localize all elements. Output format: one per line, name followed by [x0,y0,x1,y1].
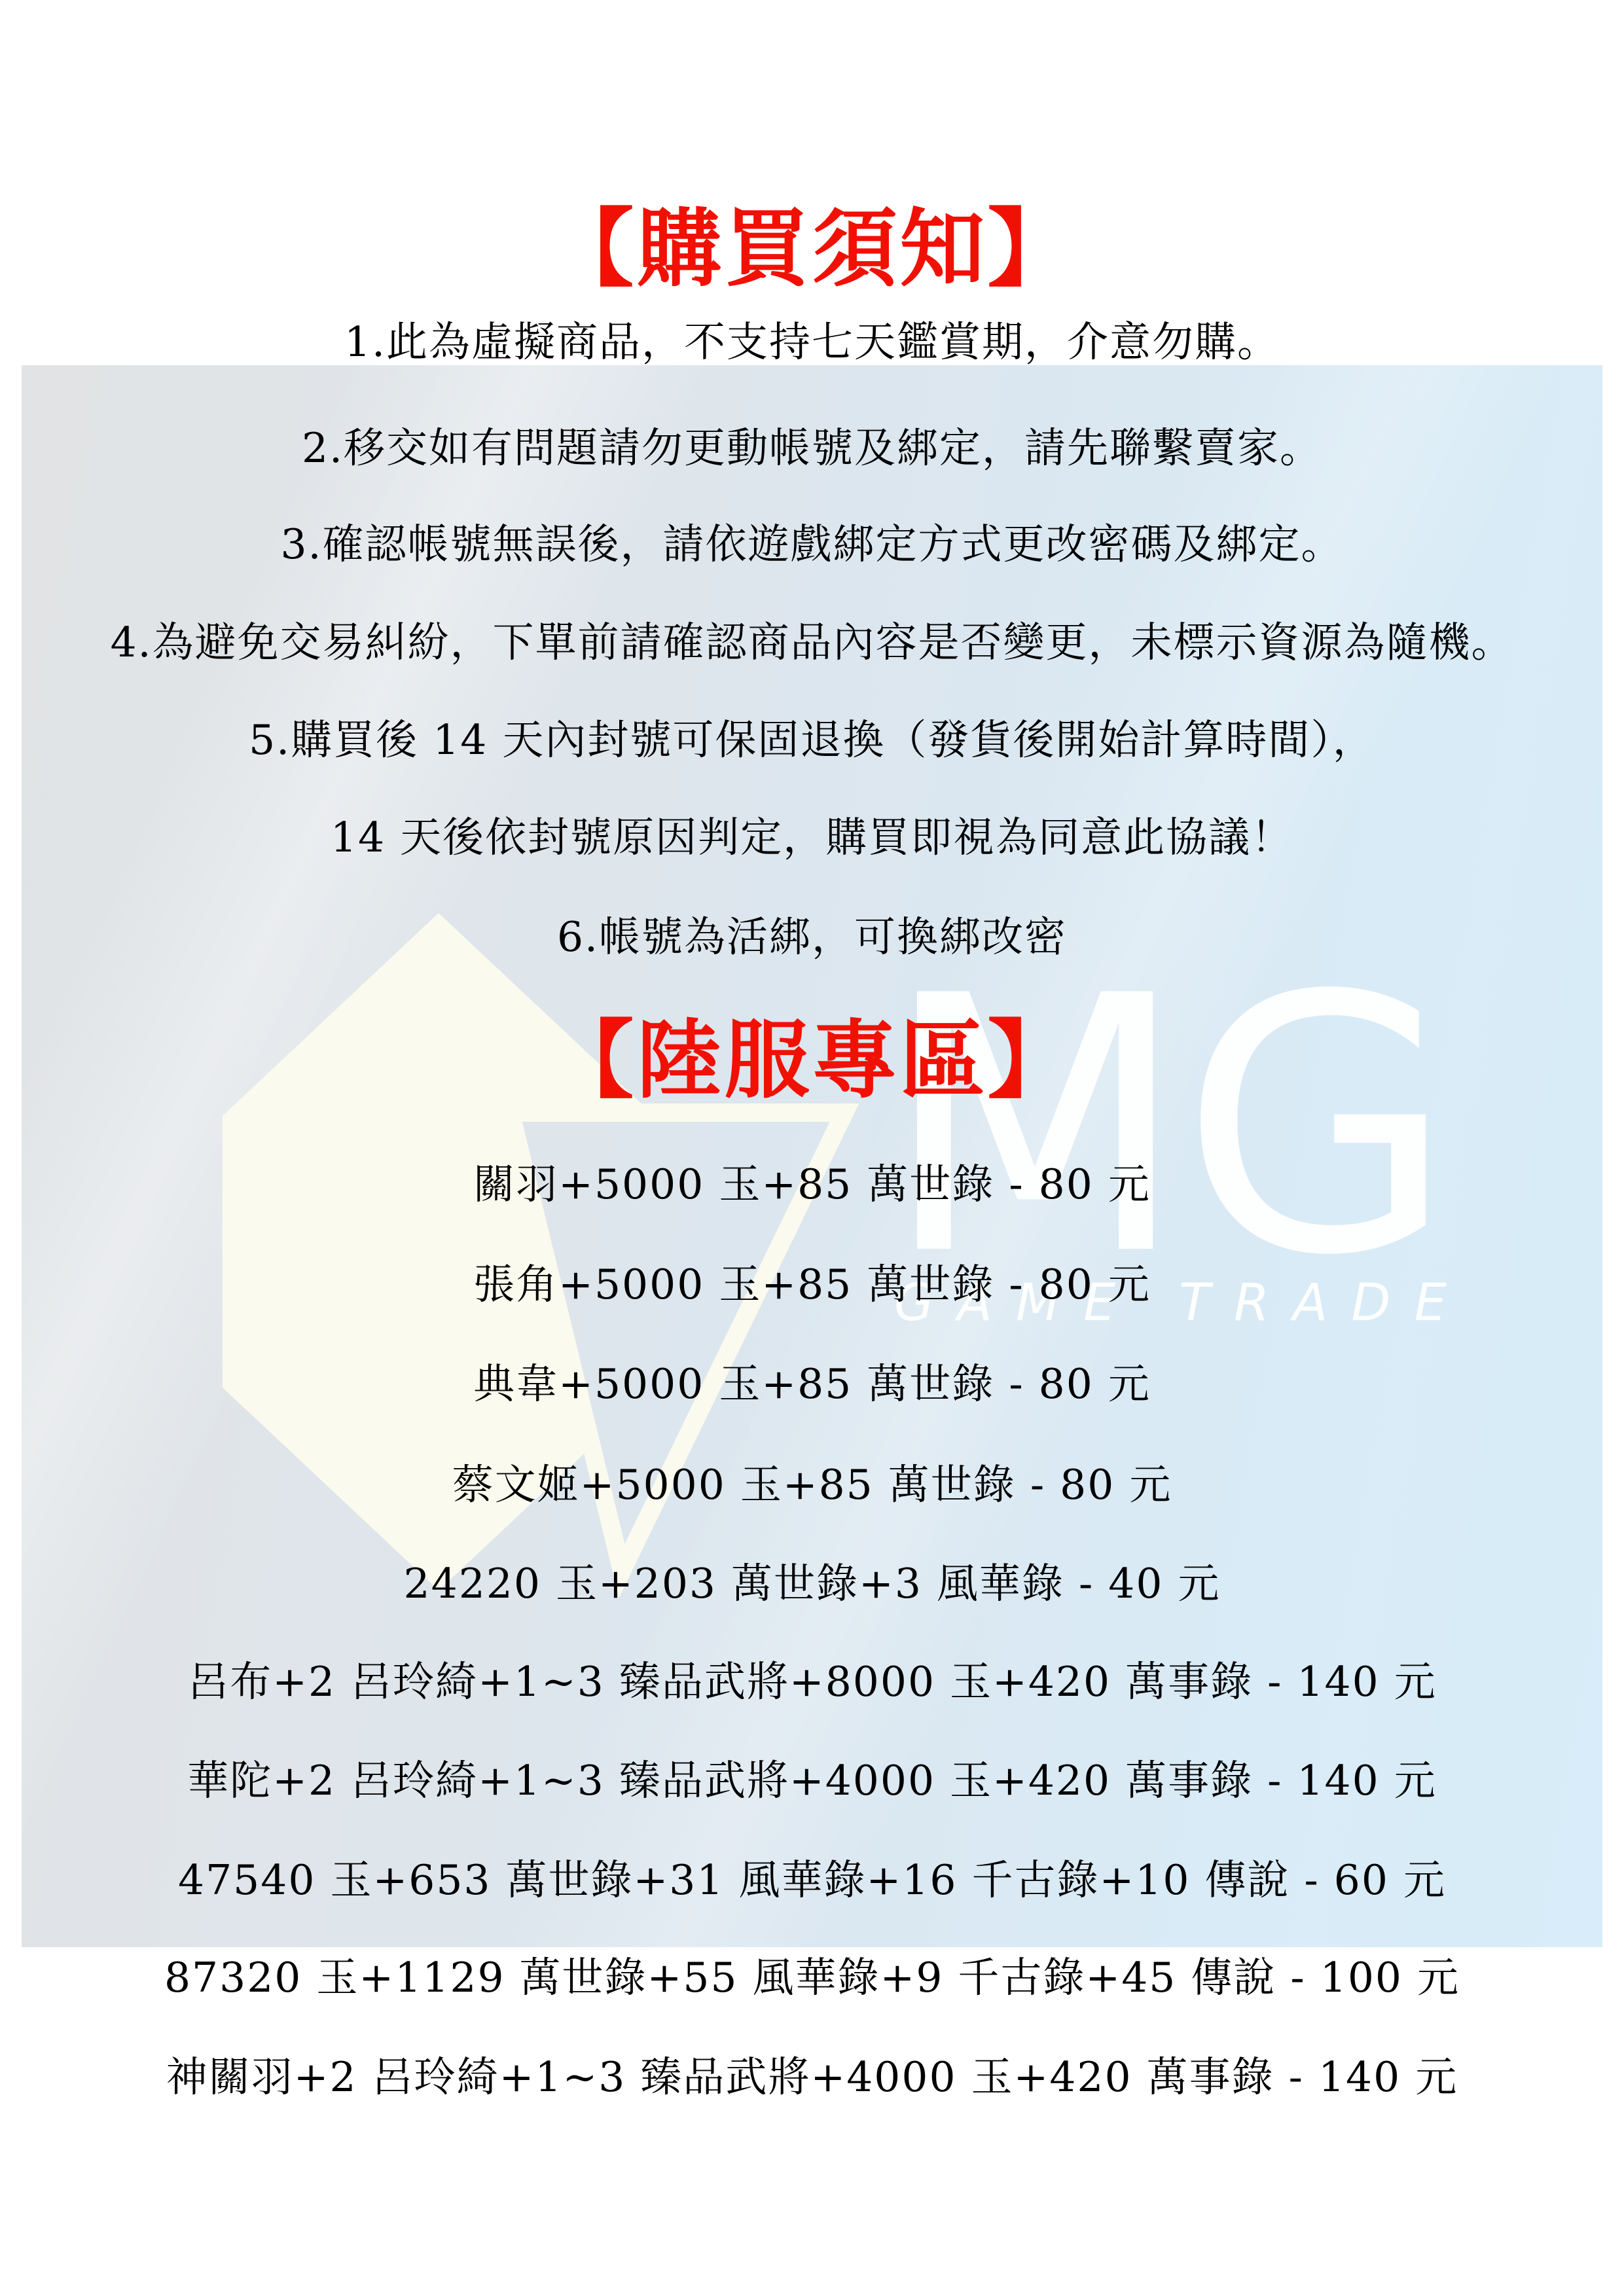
section-title: 【陸服專區】 [0,1005,1624,1116]
notice-line-2: 2.移交如有問題請勿更動帳號及綁定，請先聯繫賣家。 [0,418,1624,478]
product-item-3: 典韋+5000 玉+85 萬世錄 - 80 元 [0,1354,1624,1414]
product-item-5: 24220 玉+203 萬世錄+3 風華錄 - 40 元 [0,1554,1624,1614]
product-item-2: 張角+5000 玉+85 萬世錄 - 80 元 [0,1255,1624,1315]
notice-line-4: 4.為避免交易糾紛，下單前請確認商品內容是否變更，未標示資源為隨機。 [0,613,1624,673]
document-page: MG GAME TRADE 【購買須知】 1.此為虛擬商品，不支持七天鑑賞期，介… [0,0,1624,2296]
notice-line-5-continued: 14 天後依封號原因判定，購買即視為同意此協議！ [0,808,1624,868]
product-item-7: 華陀+2 呂玲綺+1~3 臻品武將+4000 玉+420 萬事錄 - 140 元 [0,1751,1624,1811]
product-item-6: 呂布+2 呂玲綺+1~3 臻品武將+8000 玉+420 萬事錄 - 140 元 [0,1652,1624,1712]
product-item-10: 神關羽+2 呂玲綺+1~3 臻品武將+4000 玉+420 萬事錄 - 140 … [0,2047,1624,2108]
product-item-4: 蔡文姬+5000 玉+85 萬世錄 - 80 元 [0,1455,1624,1515]
product-item-9: 87320 玉+1129 萬世錄+55 風華錄+9 千古錄+45 傳說 - 10… [0,1948,1624,2008]
mg-logo-text: MG [882,950,1419,1304]
product-item-1: 關羽+5000 玉+85 萬世錄 - 80 元 [0,1155,1624,1215]
notice-line-5: 5.購買後 14 天內封號可保固退換（發貨後開始計算時間）， [0,710,1624,770]
notice-line-1: 1.此為虛擬商品，不支持七天鑑賞期，介意勿購。 [0,312,1624,372]
page-title: 【購買須知】 [0,193,1624,304]
notice-line-6: 6.帳號為活綁，可換綁改密 [0,907,1624,967]
notice-line-3: 3.確認帳號無誤後，請依遊戲綁定方式更改密碼及綁定。 [0,514,1624,575]
product-item-8: 47540 玉+653 萬世錄+31 風華錄+16 千古錄+10 傳說 - 60… [0,1850,1624,1910]
